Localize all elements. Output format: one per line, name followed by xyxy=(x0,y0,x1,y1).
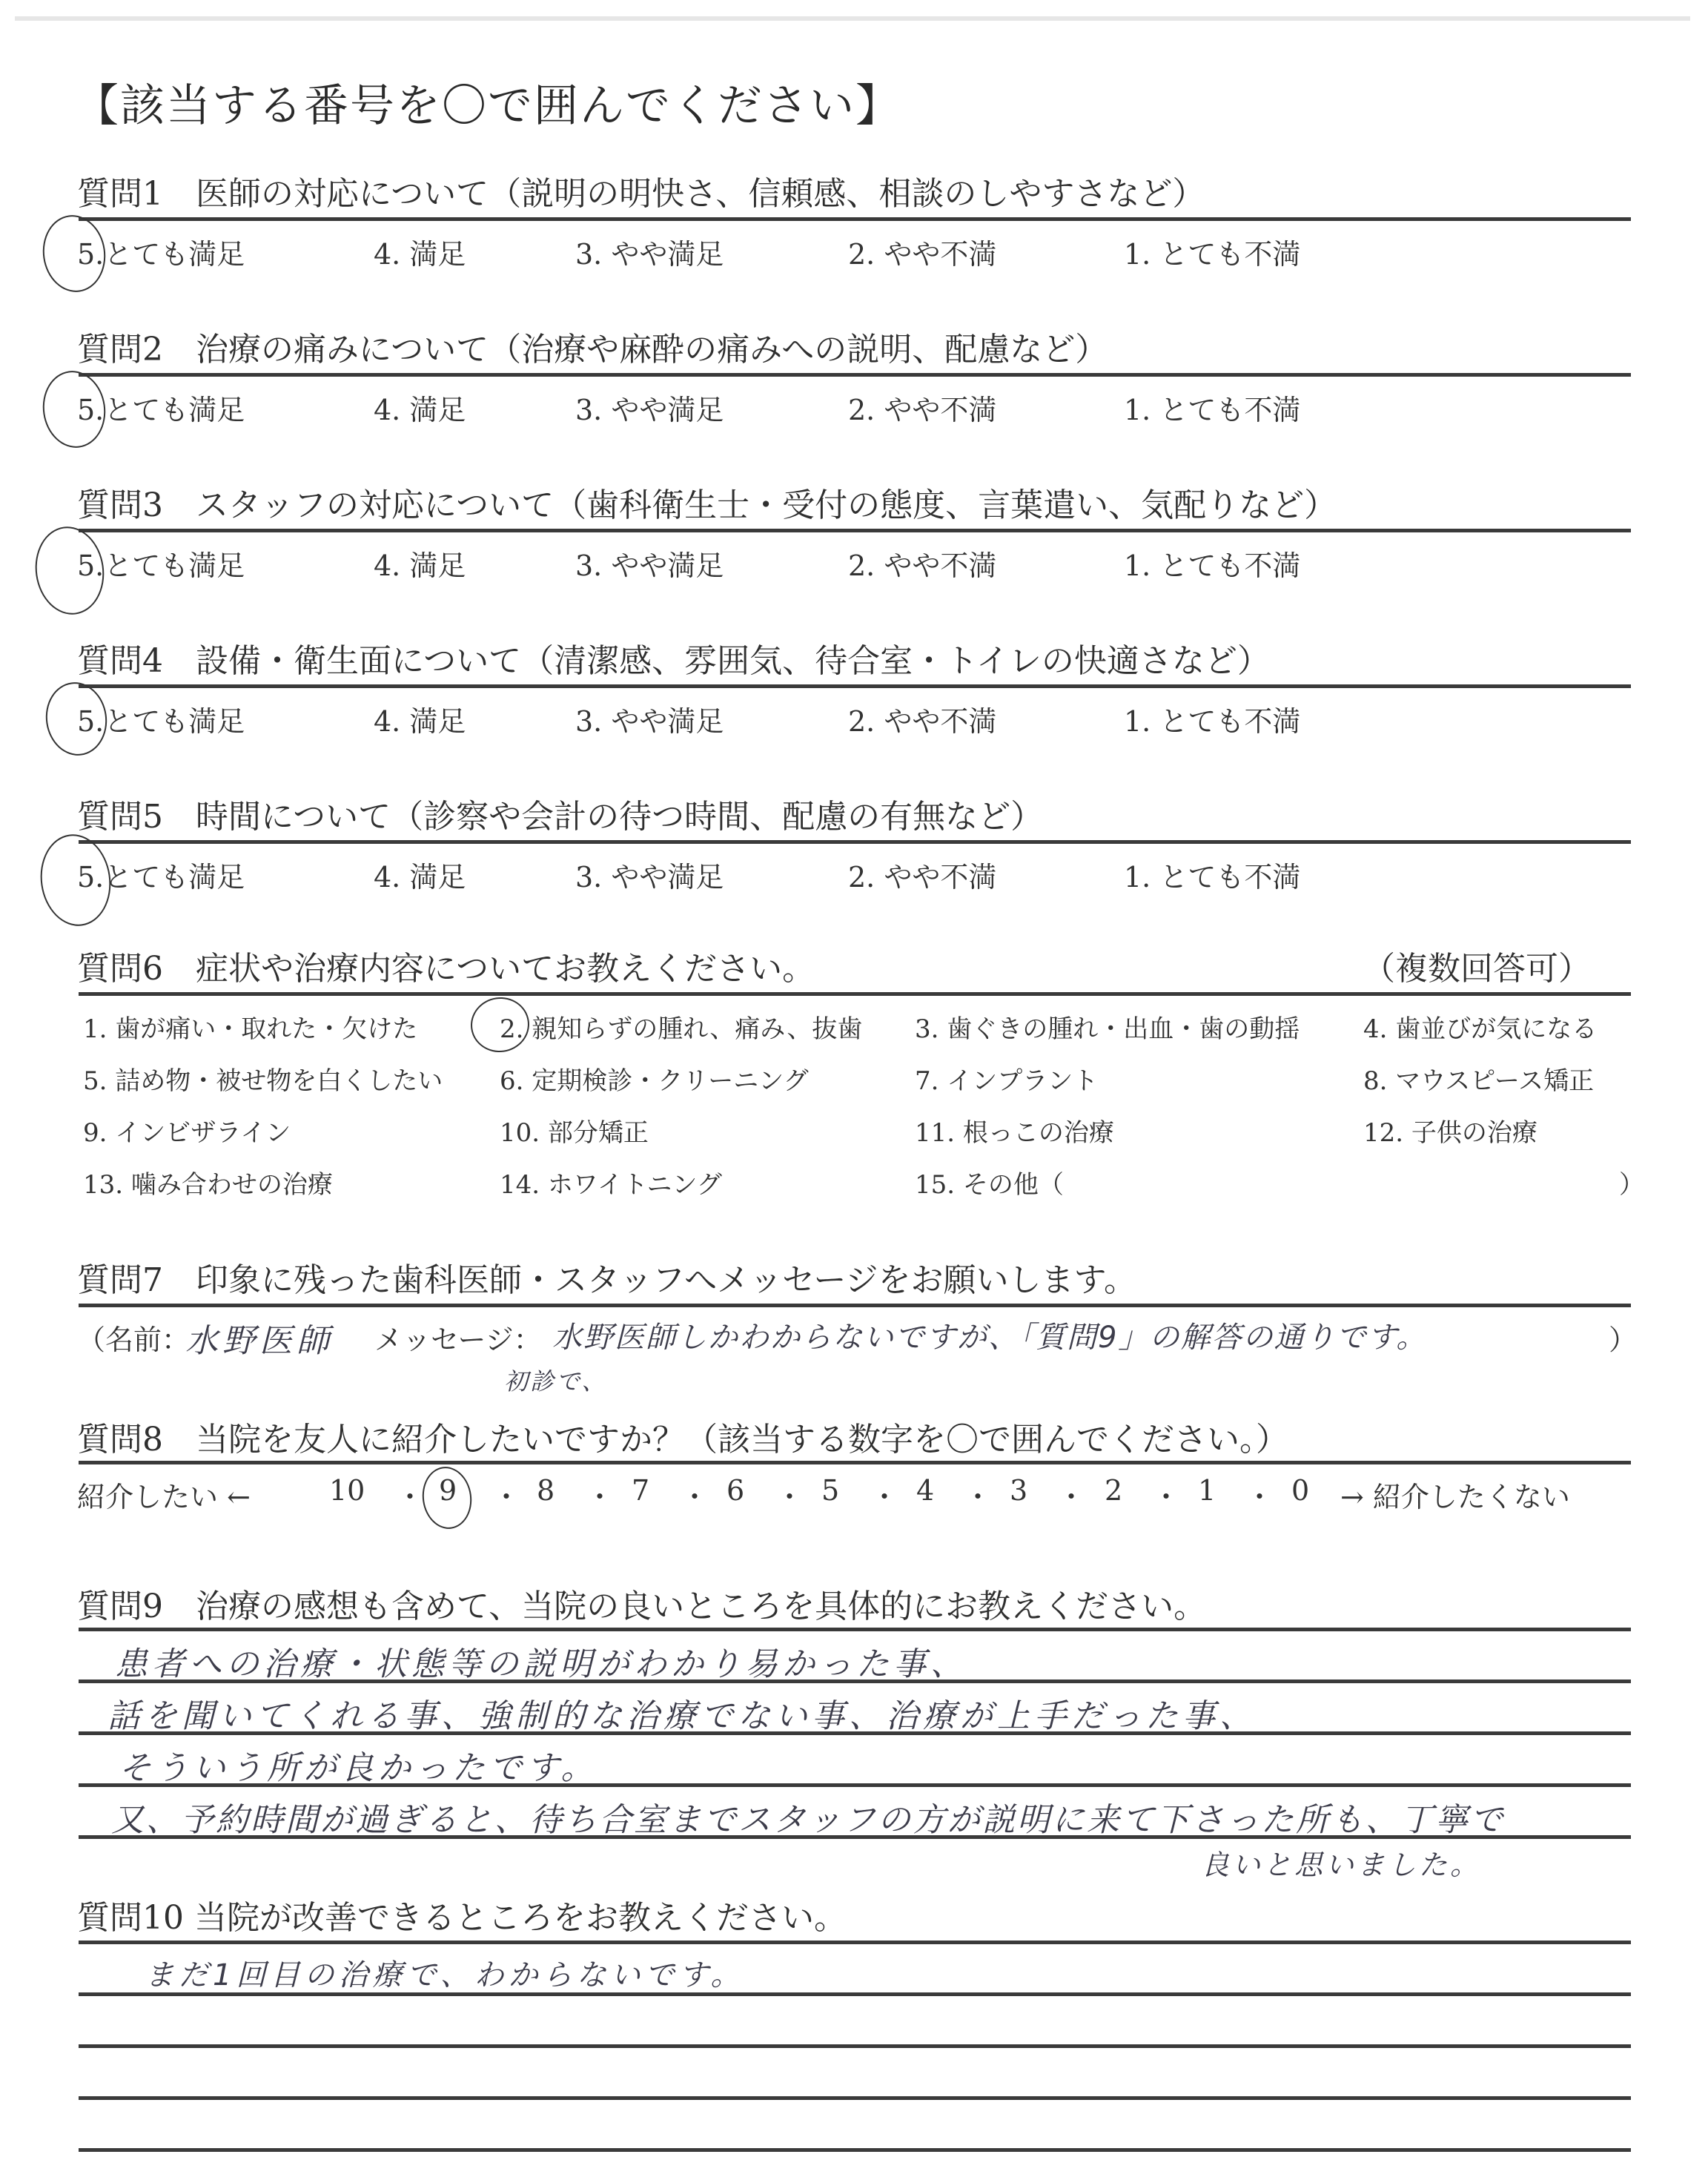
option-2[interactable]: 2. やや不満 xyxy=(848,231,996,272)
name-value[interactable]: 水野医師 xyxy=(185,1314,334,1361)
q6-option-3[interactable]: 3. 歯ぐきの腫れ・出血・歯の動揺 xyxy=(915,1008,1300,1045)
option-1[interactable]: 1. とても不満 xyxy=(1124,231,1300,272)
scale-value-3[interactable]: 3 xyxy=(1010,1474,1027,1507)
q6-option-1[interactable]: 1. 歯が痛い・取れた・欠けた xyxy=(83,1008,417,1045)
q6-option-6[interactable]: 6. 定期検診・クリーニング xyxy=(500,1060,809,1097)
selection-circle-q8 xyxy=(418,1464,475,1532)
scan-top-edge xyxy=(15,16,1690,21)
option-1[interactable]: 1. とても不満 xyxy=(1124,854,1300,895)
q6-option-15-close-paren: ） xyxy=(1619,1164,1644,1200)
option-4[interactable]: 4. 満足 xyxy=(374,698,466,739)
selection-circle-q1 xyxy=(38,211,110,297)
q6-option-11[interactable]: 11. 根っこの治療 xyxy=(915,1112,1114,1149)
selection-circle-q3 xyxy=(30,522,110,619)
option-4[interactable]: 4. 満足 xyxy=(374,854,466,895)
q6-option-13[interactable]: 13. 噛み合わせの治療 xyxy=(83,1164,333,1200)
question-7-rule xyxy=(79,1304,1631,1307)
q6-option-14[interactable]: 14. ホワイトニング xyxy=(500,1164,722,1200)
message-value[interactable]: 水野医師しかわからないですが、「質問9」の解答の通りです。 xyxy=(552,1314,1427,1356)
question-7-heading: 質問7 印象に残った歯科医師・スタッフへメッセージをお願いします。 xyxy=(77,1253,1136,1301)
scale-value-8[interactable]: 8 xyxy=(537,1474,555,1507)
scale-value-4[interactable]: 4 xyxy=(916,1474,934,1507)
question-10-heading: 質問10 当院が改善できるところをお教えください。 xyxy=(77,1891,847,1938)
q6-option-4[interactable]: 4. 歯並びが気になる xyxy=(1363,1008,1597,1045)
q6-option-2[interactable]: 2. 親知らずの腫れ、痛み、抜歯 xyxy=(500,1008,862,1045)
selection-circle-q4 xyxy=(42,678,112,759)
scale-value-5[interactable]: 5 xyxy=(821,1474,839,1507)
scale-value-10[interactable]: 10 xyxy=(329,1474,365,1507)
question-4-heading: 質問4 設備・衛生面について（清潔感、雰囲気、待合室・トイレの快適さなど） xyxy=(77,634,1270,681)
question-6-options: 1. 歯が痛い・取れた・欠けた 2. 親知らずの腫れ、痛み、抜歯 3. 歯ぐきの… xyxy=(77,1008,1641,1246)
q6-option-10[interactable]: 10. 部分矯正 xyxy=(500,1112,649,1149)
question-5-rule xyxy=(79,840,1631,844)
question-2-heading: 質問2 治療の痛みについて（治療や麻酔の痛みへの説明、配慮など） xyxy=(77,323,1108,370)
question-1-rule xyxy=(79,217,1631,221)
message-insert: 初診で、 xyxy=(504,1363,607,1397)
q10-answer-line-1[interactable]: まだ1回目の治療で、わからないです。 xyxy=(145,1952,744,1994)
message-close-paren: ） xyxy=(1609,1317,1637,1358)
selection-circle-q5 xyxy=(35,830,116,931)
question-6-heading: 質問6 症状や治療内容についてお教えください。 xyxy=(77,942,815,989)
option-2[interactable]: 2. やや不満 xyxy=(848,543,996,584)
name-label: （名前： xyxy=(77,1317,190,1358)
scale-value-7[interactable]: 7 xyxy=(632,1474,649,1507)
q6-option-12[interactable]: 12. 子供の治療 xyxy=(1363,1112,1537,1149)
option-1[interactable]: 1. とても不満 xyxy=(1124,387,1300,428)
option-4[interactable]: 4. 満足 xyxy=(374,387,466,428)
q9-answer-line-1[interactable]: 患者への治療・状態等の説明がわかり易かった事、 xyxy=(115,1637,967,1685)
question-3-heading: 質問3 スタッフの対応について（歯科衛生士・受付の態度、言葉遣い、気配りなど） xyxy=(77,478,1337,526)
option-3[interactable]: 3. やや満足 xyxy=(575,387,724,428)
question-10-rule-4 xyxy=(79,2096,1631,2100)
question-3-rule xyxy=(79,529,1631,532)
question-10-rule-3 xyxy=(79,2044,1631,2048)
question-10-rule-5 xyxy=(79,2148,1631,2152)
option-3[interactable]: 3. やや満足 xyxy=(575,231,724,272)
question-4-rule xyxy=(79,684,1631,688)
q9-answer-line-4[interactable]: 又、予約時間が過ぎると、待ち合室までスタッフの方が説明に来て下さった所も、丁寧で xyxy=(111,1793,1505,1840)
scale-right-label: → 紹介したくない xyxy=(1340,1474,1570,1515)
question-8-rule xyxy=(79,1461,1631,1464)
question-9-rule-1 xyxy=(79,1628,1631,1631)
q6-option-9[interactable]: 9. インビザライン xyxy=(83,1112,291,1149)
scale-left-label: 紹介したい ← xyxy=(77,1474,251,1515)
question-9-heading: 質問9 治療の感想も含めて、当院の良いところを具体的にお教えください。 xyxy=(77,1579,1206,1627)
scale-value-1[interactable]: 1 xyxy=(1198,1474,1216,1507)
option-4[interactable]: 4. 満足 xyxy=(374,231,466,272)
scale-value-2[interactable]: 2 xyxy=(1105,1474,1122,1507)
scale-value-0[interactable]: 0 xyxy=(1291,1474,1309,1507)
message-label: メッセージ： xyxy=(374,1317,542,1358)
q9-answer-line-3[interactable]: そういう所が良かったです。 xyxy=(119,1741,598,1789)
q6-option-15[interactable]: 15. その他（ xyxy=(915,1164,1064,1200)
option-4[interactable]: 4. 満足 xyxy=(374,543,466,584)
question-6-note: （複数回答可） xyxy=(1363,942,1591,989)
option-2[interactable]: 2. やや不満 xyxy=(848,698,996,739)
option-3[interactable]: 3. やや満足 xyxy=(575,543,724,584)
question-6-rule xyxy=(79,992,1631,996)
question-2-rule xyxy=(79,373,1631,377)
option-1[interactable]: 1. とても不満 xyxy=(1124,698,1300,739)
scale-value-6[interactable]: 6 xyxy=(726,1474,744,1507)
question-8-heading: 質問8 当院を友人に紹介したいですか？（該当する数字を〇で囲んでください。） xyxy=(77,1413,1288,1460)
option-1[interactable]: 1. とても不満 xyxy=(1124,543,1300,584)
q6-option-5[interactable]: 5. 詰め物・被せ物を白くしたい xyxy=(83,1060,443,1097)
q6-option-7[interactable]: 7. インプラント xyxy=(915,1060,1098,1097)
q6-option-8[interactable]: 8. マウスピース矯正 xyxy=(1363,1060,1594,1097)
option-2[interactable]: 2. やや不満 xyxy=(848,854,996,895)
selection-circle-q2 xyxy=(38,367,110,452)
option-2[interactable]: 2. やや不満 xyxy=(848,387,996,428)
question-1-heading: 質問1 医師の対応について（説明の明快さ、信頼感、相談のしやすさなど） xyxy=(77,167,1205,214)
question-10-rule-1 xyxy=(79,1941,1631,1944)
page-title: 【該当する番号を〇で囲んでください】 xyxy=(74,70,901,134)
option-3[interactable]: 3. やや満足 xyxy=(575,854,724,895)
option-3[interactable]: 3. やや満足 xyxy=(575,698,724,739)
q9-answer-line-5[interactable]: 良いと思いました。 xyxy=(1201,1842,1481,1883)
question-5-heading: 質問5 時間について（診察や会計の待つ時間、配慮の有無など） xyxy=(77,790,1043,837)
q9-answer-line-2[interactable]: 話を聞いてくれる事、強制的な治療でない事、治療が上手だった事、 xyxy=(107,1689,1257,1737)
